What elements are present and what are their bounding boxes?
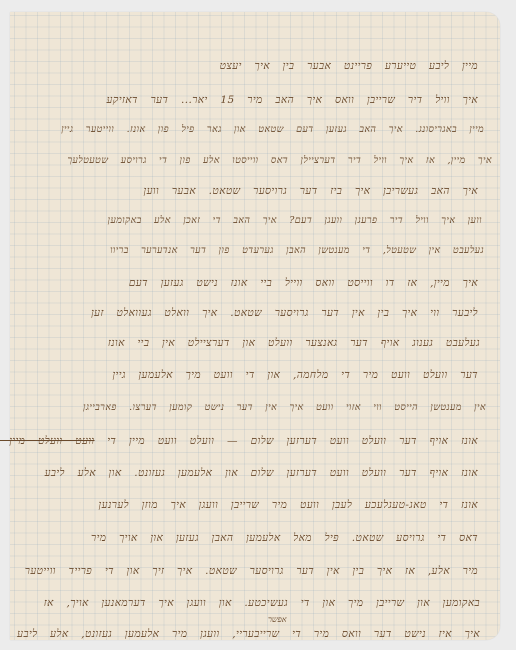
letter-line-14: אונז אויף דער וועלט וועט דערזען שלום און…: [45, 467, 478, 479]
letter-line-2: איך וויל דיר שרייבן וואס איך האב מיר 15 …: [106, 94, 478, 106]
strikethrough-text: וועט וועלט מיין די: [0, 435, 95, 447]
letter-line-13: אונז אויף דער וועלט וועט דערזען שלום — ו…: [0, 435, 478, 447]
letter-line-2-text: איך וויל דיר שרייבן וואס איך האב מיר 15 …: [106, 94, 478, 106]
letter-line-8: איך מיין, אז דו ווייסט וואס ווייל ביי או…: [129, 277, 478, 289]
letter-line-12: אין מענטשן הייסט ווי אזוי וועט איך אין ד…: [83, 402, 486, 413]
letter-line-10: געלעבט גענוג אויף דער גאנצער וועלט און ד…: [108, 337, 480, 349]
letter-line-6: ווען איך וויל דיר פרעגן וועגן דעם? איך ה…: [108, 215, 482, 226]
interlinear-insertion: אפשר: [268, 615, 287, 624]
letter-line-16: דאס די גרויסע שטאט. פיל מאל אלעמען האבן …: [91, 532, 478, 544]
letter-line-4: איך מיין, אז איך וויל דיר דערציילן דאס ו…: [67, 155, 492, 166]
letter-line-11: דער וועלט וועט מיר די מלחמה, און די וועט…: [112, 369, 478, 381]
letter-line-13-text: אונז אויף דער וועלט וועט דערזען שלום — ו…: [95, 435, 478, 447]
letter-line-18: באקומען און שרייבן מיך און די געשיכטע. א…: [44, 597, 480, 609]
letter-line-1: מיין ליבע טייערע פריינט אבער בין איך יעצ…: [220, 60, 478, 72]
letter-line-7: געלעבט אין שטעטל, די מענטשן האבן גערעדט …: [110, 245, 484, 256]
letter-line-15: אונז די טאג-טעגלעכע לעבן וועט מיר שרייבן…: [99, 499, 478, 511]
letter-line-17: מיר אלע, אז איך בין אין דער גרויסער שטאט…: [25, 565, 478, 577]
letter-line-19: איך איז נישט דער וואס מיר די שרייבעריי, …: [17, 628, 480, 640]
letter-line-5: איך האב געשריבן איך ביז דער גרויסער שטאט…: [144, 185, 478, 197]
letter-line-9: ליבער ווי איך בין אין דער גרויסער שטאט. …: [91, 307, 478, 319]
letter-line-3: מיין באגריסונג. איך האב געזען דעם שטאט א…: [61, 124, 484, 135]
letter-sheet: מיין ליבע טייערע פריינט אבער בין איך יעצ…: [10, 12, 500, 640]
